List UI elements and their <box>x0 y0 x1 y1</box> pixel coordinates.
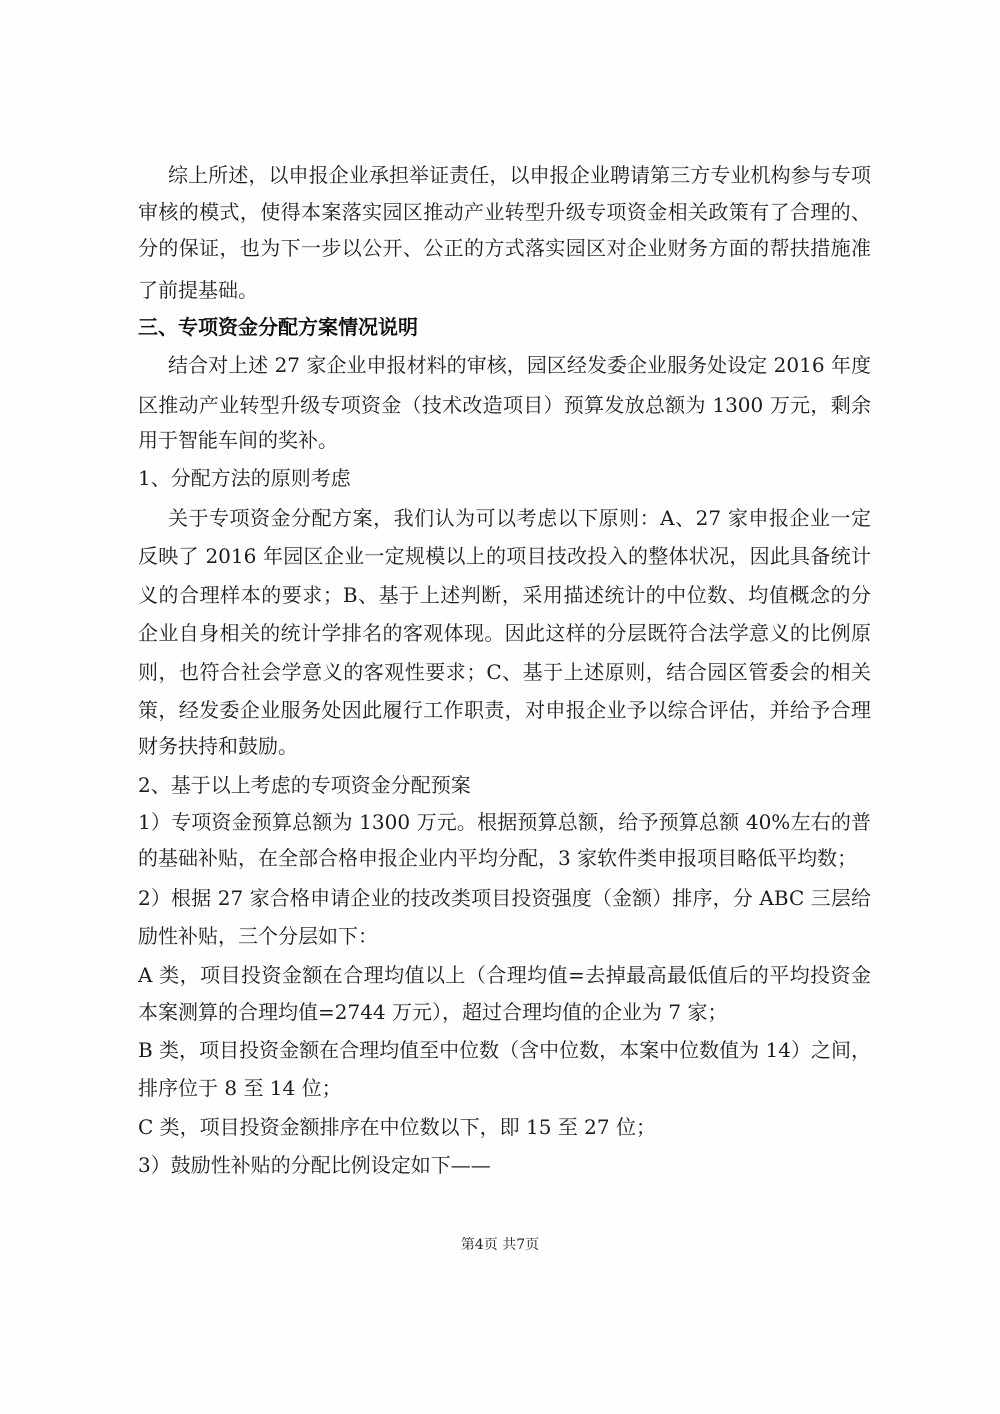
principles-line: 则，也符合社会学意义的客观性要求；C、基于上述原则，结合园区管委会的相关政 <box>138 660 871 684</box>
principles-line: 义的合理样本的要求；B、基于上述判断，采用描述统计的中位数、均值概念的分层是 <box>138 583 871 607</box>
section-heading: 三、专项资金分配方案情况说明 <box>138 315 418 339</box>
document-page: 综上所述，以申报企业承担举证责任，以申报企业聘请第三方专业机构参与专项 审核的模… <box>0 0 1000 1414</box>
item-3-line: 3）鼓励性补贴的分配比例设定如下—— <box>138 1153 491 1177</box>
section-intro-line: 结合对上述 27 家企业申报材料的审核，园区经发委企业服务处设定 2016 年度… <box>168 353 871 377</box>
class-a-line: 本案测算的合理均值=2744 万元），超过合理均值的企业为 7 家； <box>138 1000 727 1024</box>
principles-line: 企业自身相关的统计学排名的客观体现。因此这样的分层既符合法学意义的比例原 <box>138 621 871 645</box>
principles-line: 关于专项资金分配方案，我们认为可以考虑以下原则：A、27 家申报企业一定程度 <box>168 506 871 530</box>
subsection-heading: 2、基于以上考虑的专项资金分配预案 <box>138 773 471 797</box>
paragraph-summary-line: 综上所述，以申报企业承担举证责任，以申报企业聘请第三方专业机构参与专项 <box>168 163 871 187</box>
paragraph-summary-line: 了前提基础。 <box>138 278 258 302</box>
paragraph-summary-line: 分的保证，也为下一步以公开、公正的方式落实园区对企业财务方面的帮扶措施准备 <box>138 236 871 260</box>
item-1-line: 1）专项资金预算总额为 1300 万元。根据预算总额，给予预算总额 40%左右的… <box>138 810 871 834</box>
class-b-line: B 类，项目投资金额在合理均值至中位数（含中位数，本案中位数值为 14）之间，即 <box>138 1038 871 1062</box>
subsection-heading: 1、分配方法的原则考虑 <box>138 466 351 490</box>
item-2-line: 2）根据 27 家合格申请企业的技改类项目投资强度（金额）排序，分 ABC 三层… <box>138 886 871 910</box>
section-intro-line: 用于智能车间的奖补。 <box>138 428 338 452</box>
class-a-line: A 类，项目投资金额在合理均值以上（合理均值=去掉最高最低值后的平均投资金额， <box>138 963 871 987</box>
section-intro-line: 区推动产业转型升级专项资金（技术改造项目）预算发放总额为 1300 万元，剩余部… <box>138 393 871 417</box>
page-number-footer: 第4页 共7页 <box>0 1236 1000 1254</box>
item-2-line: 励性补贴，三个分层如下： <box>138 924 378 948</box>
principles-line: 策，经发委企业服务处因此履行工作职责，对申报企业予以综合评估，并给予合理的 <box>138 698 871 722</box>
class-b-line: 排序位于 8 至 14 位； <box>138 1076 342 1100</box>
item-1-line: 的基础补贴，在全部合格申报企业内平均分配，3 家软件类申报项目略低平均数； <box>138 846 857 870</box>
principles-line: 财务扶持和鼓励。 <box>138 734 298 758</box>
principles-line: 反映了 2016 年园区企业一定规模以上的项目技改投入的整体状况，因此具备统计学… <box>138 544 871 568</box>
class-c-line: C 类，项目投资金额排序在中位数以下，即 15 至 27 位； <box>138 1115 656 1139</box>
paragraph-summary-line: 审核的模式，使得本案落实园区推动产业转型升级专项资金相关政策有了合理的、充 <box>138 200 871 224</box>
